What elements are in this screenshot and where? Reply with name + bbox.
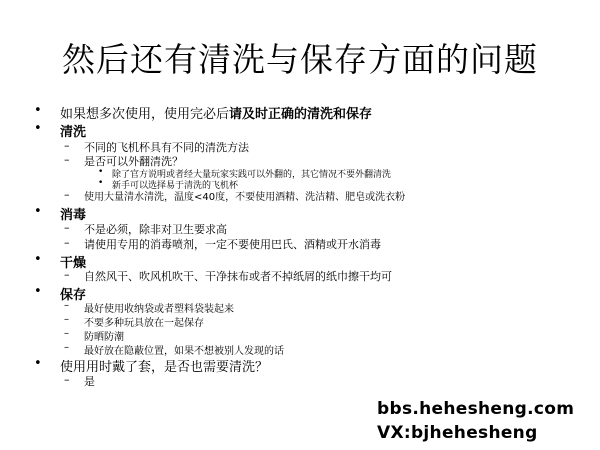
bullet-marker: •	[98, 167, 103, 177]
dash-marker: –	[64, 300, 69, 311]
watermark-url: bbs.hehesheng.com	[377, 399, 574, 419]
dash-marker: –	[64, 153, 70, 166]
dash-marker: –	[64, 328, 69, 339]
bullet-marker: •	[34, 103, 42, 118]
bullet-marker: •	[34, 204, 42, 219]
sub-item-text: 使用大量清水清洗，温度<40度，不要使用酒精、洗洁精、肥皂或洗衣粉	[84, 188, 405, 203]
dash-marker: –	[64, 188, 70, 201]
dash-marker: –	[64, 139, 70, 152]
bullet-marker: •	[34, 121, 42, 136]
bullet-marker: •	[34, 284, 42, 299]
sub-item-text: 自然风干、吹风机吹干、干净抹布或者不掉纸屑的纸巾擦干均可	[84, 268, 392, 284]
bullet-marker: •	[34, 356, 42, 371]
sub-item-text: 是	[84, 373, 95, 389]
bullet-marker: •	[98, 178, 103, 188]
sub-item-text: 最好使用收纳袋或者塑料袋装起来	[84, 300, 234, 315]
sub-item-text: 不是必须，除非对卫生要求高	[84, 221, 227, 237]
dash-marker: –	[64, 236, 70, 249]
bullet-marker: •	[34, 252, 42, 267]
dash-marker: –	[64, 268, 70, 281]
sub-item-text: 最好放在隐蔽位置，如果不想被别人发现的话	[84, 342, 284, 357]
bullet-bold-text: 请及时正确的清洗和保存	[229, 107, 372, 122]
sub-item-text: 请使用专用的消毒喷剂，一定不要使用巴氏、酒精或开水消毒	[84, 236, 381, 252]
sub-item-text: 防晒防潮	[84, 328, 124, 343]
bullet-text: 如果想多次使用，使用完必后	[60, 107, 229, 122]
sub-item-text: 不要多种玩具放在一起保存	[84, 314, 204, 329]
slide-title: 然后还有清洗与保存方面的问题	[0, 34, 600, 81]
dash-marker: –	[64, 373, 70, 386]
section-heading: 清洗	[60, 121, 86, 140]
watermark-wechat: VX:bjhehesheng	[377, 423, 538, 443]
dash-marker: –	[64, 314, 69, 325]
dash-marker: –	[64, 221, 70, 234]
dash-marker: –	[64, 342, 69, 353]
